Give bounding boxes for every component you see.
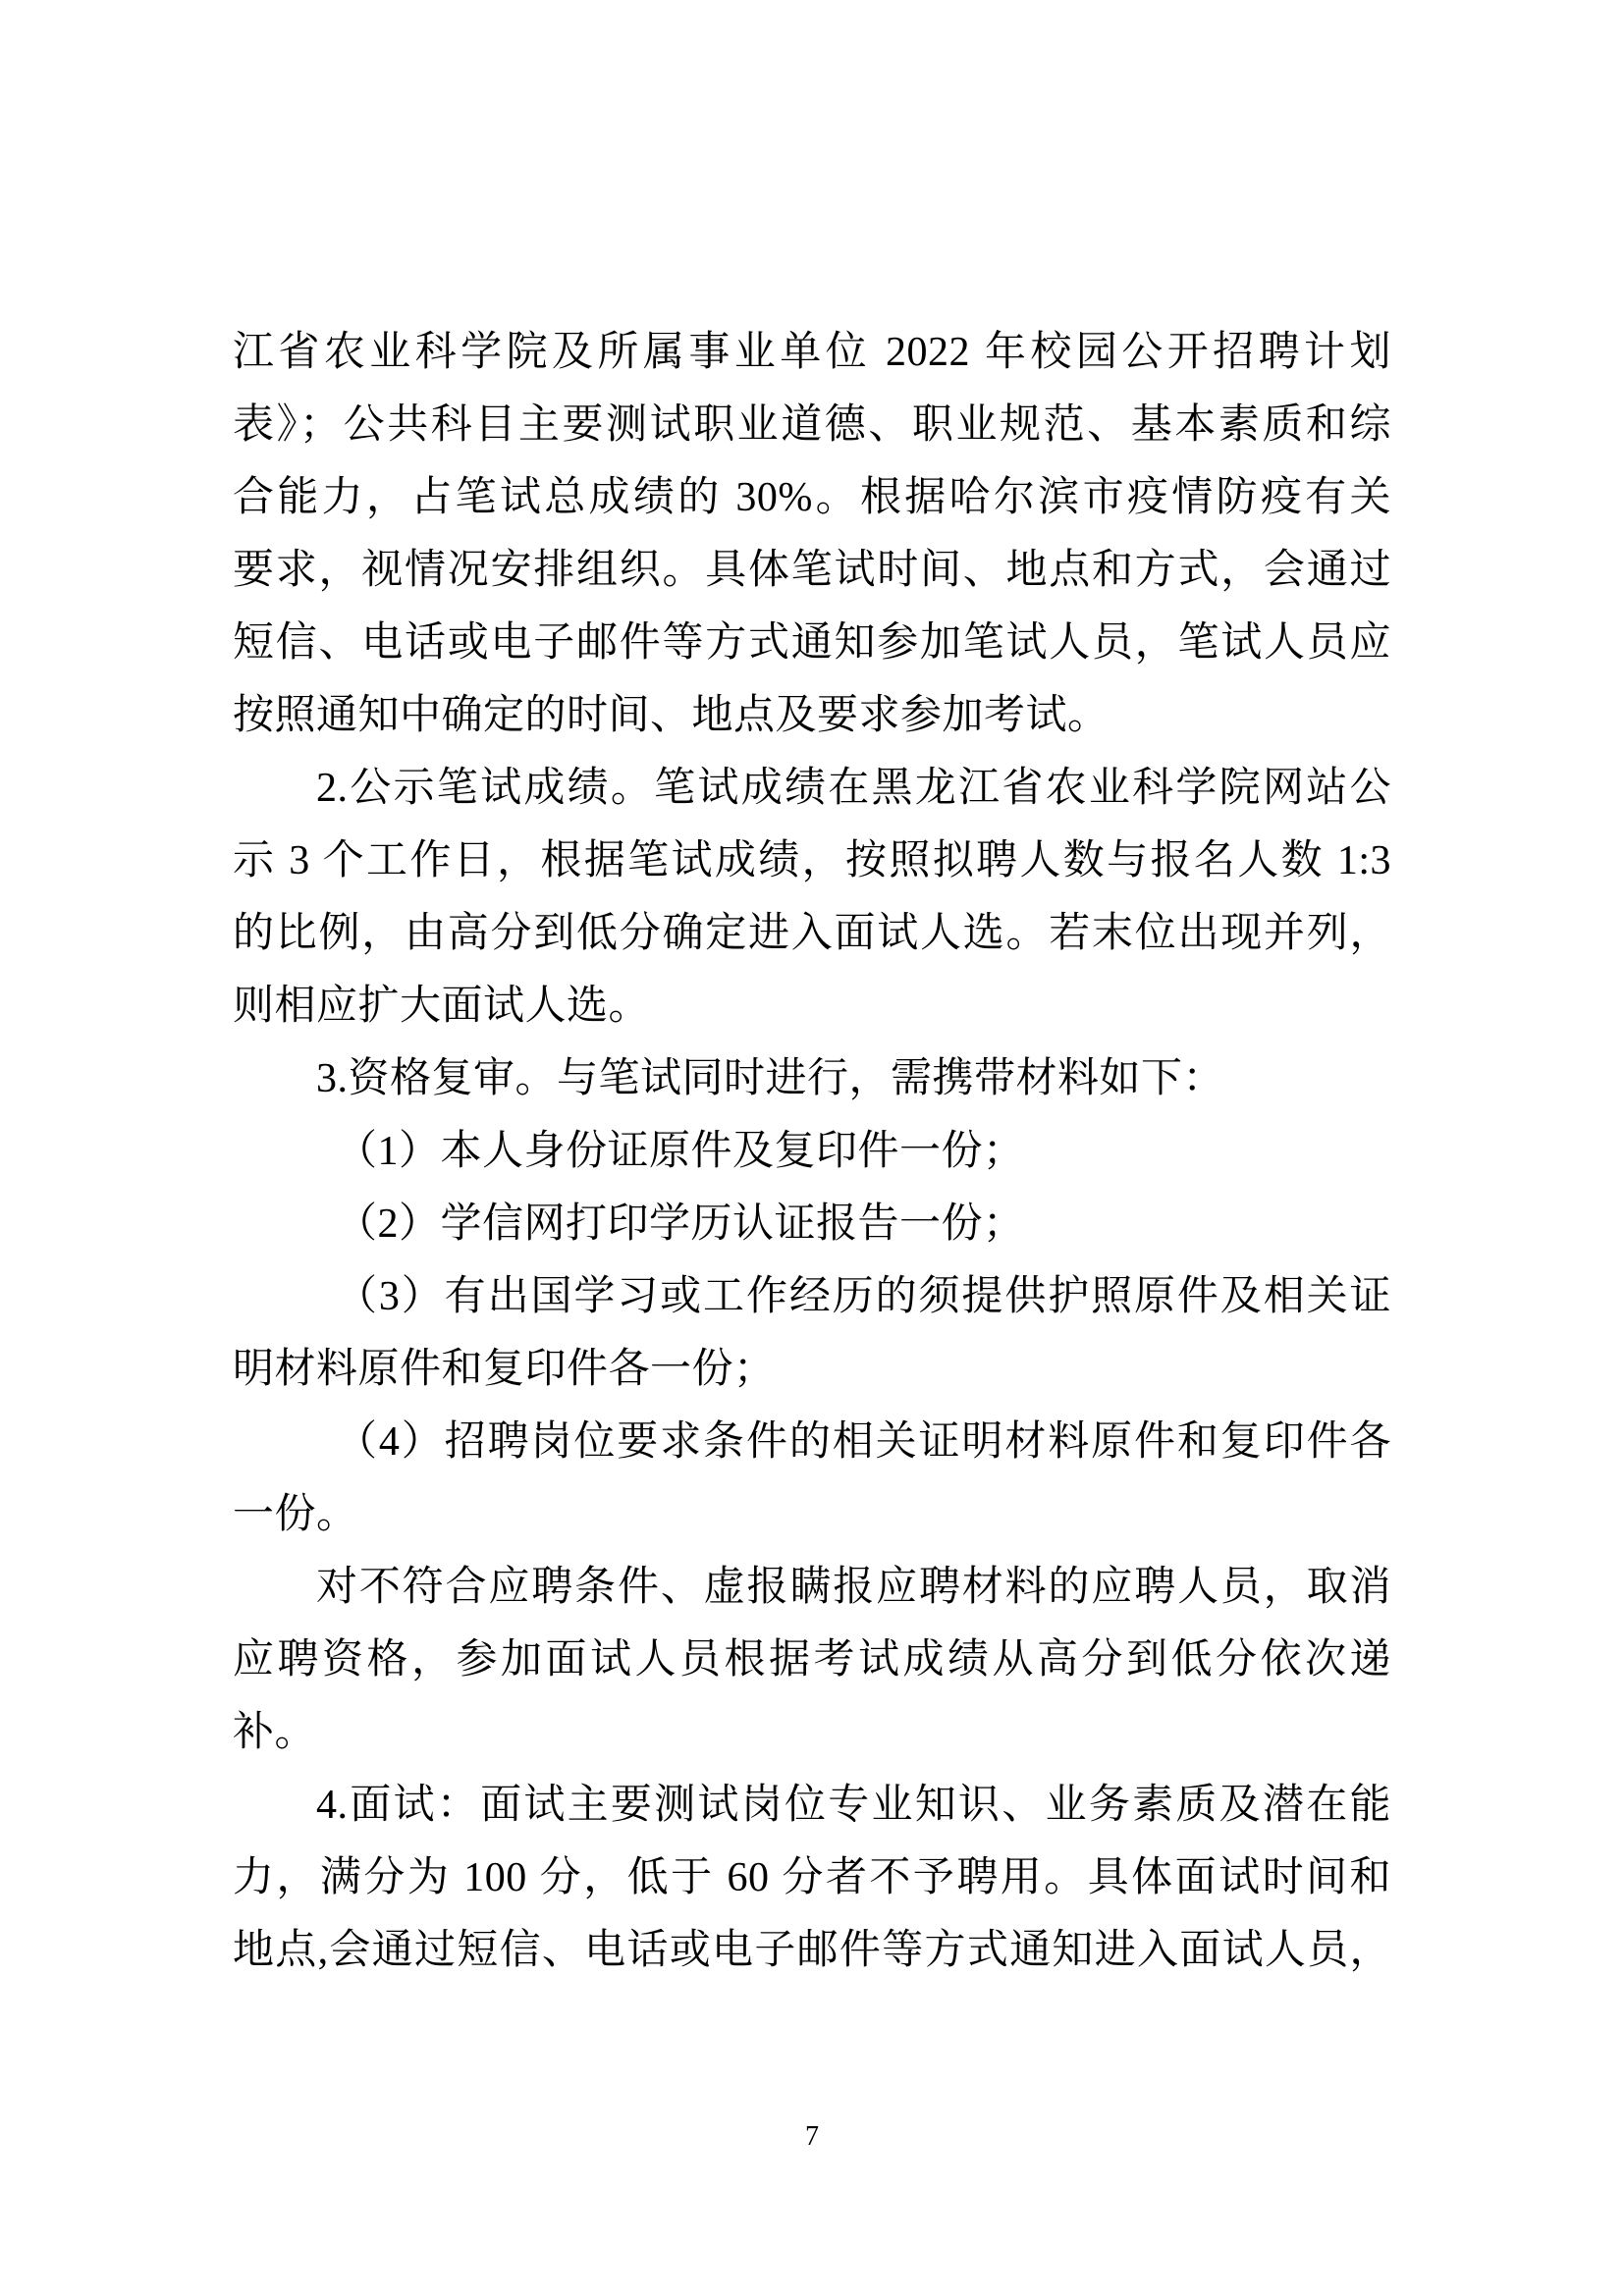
text-line: 一份。 <box>233 1478 1391 1551</box>
page-number: 7 <box>0 2120 1624 2154</box>
text-line: 3.资格复审。与笔试同时进行，需携带材料如下： <box>233 1042 1391 1115</box>
text-line: 4.面试：面试主要测试岗位专业知识、业务素质及潜在能 <box>233 1769 1391 1842</box>
text-line: 明材料原件和复印件各一份； <box>233 1333 1391 1406</box>
text-line: 力，满分为 100 分，低于 60 分者不予聘用。具体面试时间和 <box>233 1842 1391 1914</box>
text-block: 江省农业科学院及所属事业单位 2022 年校园公开招聘计划 表》；公共科目主要测… <box>233 316 1391 1987</box>
text-line: 短信、电话或电子邮件等方式通知参加笔试人员，笔试人员应 <box>233 607 1391 679</box>
text-line: 2.公示笔试成绩。笔试成绩在黑龙江省农业科学院网站公 <box>233 752 1391 825</box>
document-page: 江省农业科学院及所属事业单位 2022 年校园公开招聘计划 表》；公共科目主要测… <box>0 0 1624 2296</box>
text-line: （1）本人身份证原件及复印件一份； <box>233 1115 1391 1188</box>
text-line: 应聘资格，参加面试人员根据考试成绩从高分到低分依次递 <box>233 1624 1391 1696</box>
text-line: 合能力，占笔试总成绩的 30%。根据哈尔滨市疫情防疫有关 <box>233 461 1391 534</box>
text-line: 对不符合应聘条件、虚报瞒报应聘材料的应聘人员，取消 <box>233 1551 1391 1624</box>
text-line: 按照通知中确定的时间、地点及要求参加考试。 <box>233 679 1391 752</box>
text-line: 的比例，由高分到低分确定进入面试人选。若末位出现并列， <box>233 897 1391 970</box>
text-line: 补。 <box>233 1696 1391 1769</box>
text-line: 要求，视情况安排组织。具体笔试时间、地点和方式，会通过 <box>233 534 1391 607</box>
text-line: （4）招聘岗位要求条件的相关证明材料原件和复印件各 <box>233 1406 1391 1478</box>
text-line: 示 3 个工作日，根据笔试成绩，按照拟聘人数与报名人数 1:3 <box>233 825 1391 897</box>
text-line: （2）学信网打印学历认证报告一份； <box>233 1188 1391 1260</box>
text-line: 则相应扩大面试人选。 <box>233 970 1391 1042</box>
text-line: （3）有出国学习或工作经历的须提供护照原件及相关证 <box>233 1260 1391 1333</box>
text-line: 地点,会通过短信、电话或电子邮件等方式通知进入面试人员， <box>233 1914 1391 1987</box>
text-line: 表》；公共科目主要测试职业道德、职业规范、基本素质和综 <box>233 389 1391 461</box>
text-line: 江省农业科学院及所属事业单位 2022 年校园公开招聘计划 <box>233 316 1391 389</box>
